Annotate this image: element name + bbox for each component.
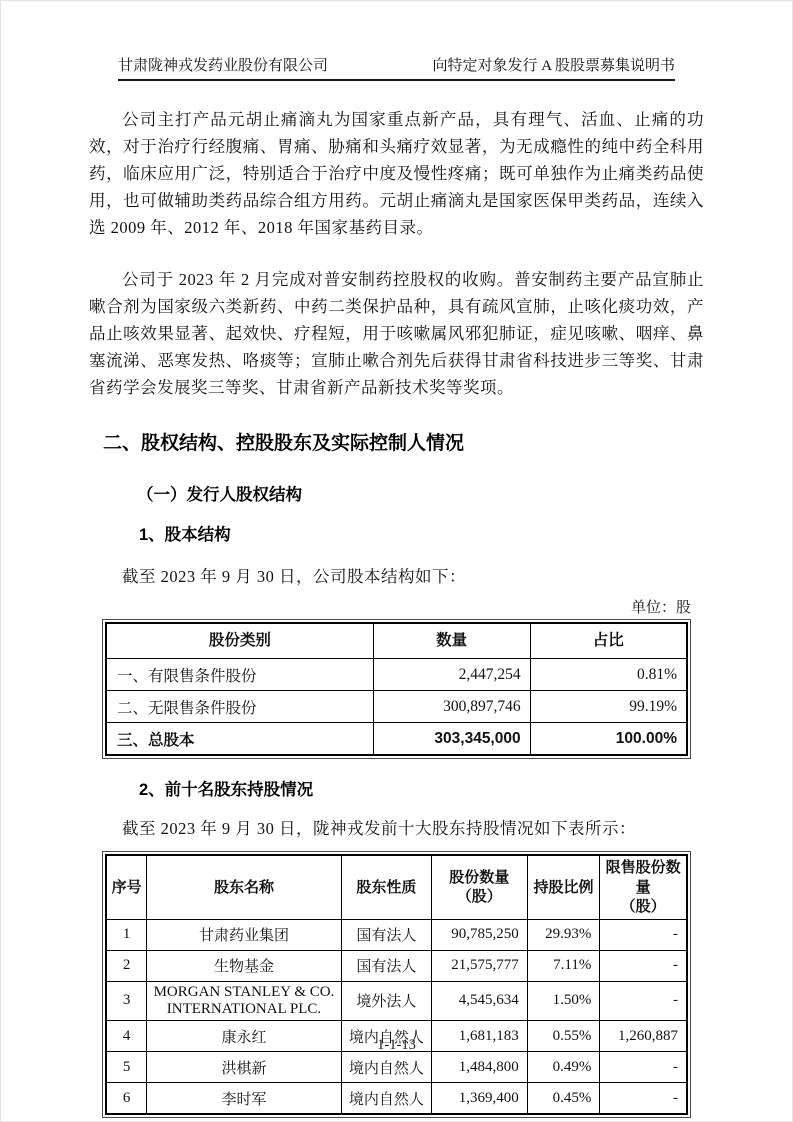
table-row: 6 李时军 境内自然人 1,369,400 0.45% - [106,1083,687,1115]
top-shareholders-table: 序号 股东名称 股东性质 股份数量 （股） 持股比例 限售股份数量 （股） 1 … [102,851,691,1118]
table-cell: 3 [106,981,147,1021]
column-header-shares-held: 股份数量 （股） [431,855,527,919]
table-cell: 1 [106,919,147,950]
table-row: 1 甘肃药业集团 国有法人 90,785,250 29.93% - [106,919,687,950]
column-header-index: 序号 [106,855,147,919]
table-cell: - [600,950,687,981]
subsection-heading-top-shareholders: 2、前十名股东持股情况 [139,780,704,801]
table-cell: 1,484,800 [431,1052,527,1083]
table-cell: 7.11% [527,950,600,981]
table-cell: 5 [106,1052,147,1083]
column-header-shareholder-type: 股东性质 [341,855,431,919]
table-cell: 生物基金 [147,950,342,981]
table-cell: 300,897,746 [373,691,530,723]
table-cell: 洪棋新 [147,1052,342,1083]
table-cell: - [600,1083,687,1115]
table-cell: 100.00% [530,723,687,756]
table-cell: - [600,1052,687,1083]
column-header-quantity: 数量 [373,623,530,659]
intro-top-shareholders: 截至 2023 年 9 月 30 日，陇神戎发前十大股东持股情况如下表所示： [89,815,704,842]
table-cell: MORGAN STANLEY & CO. INTERNATIONAL PLC. [147,981,342,1021]
column-header-ratio: 占比 [530,623,687,659]
table-cell: 2 [106,950,147,981]
header-rule [118,79,675,81]
table-cell: 甘肃药业集团 [147,919,342,950]
table-cell: 国有法人 [341,950,431,981]
column-header-shareholder-name: 股东名称 [147,855,342,919]
paragraph-puan-acquisition: 公司于 2023 年 2 月完成对普安制药控股权的收购。普安制药主要产品宣肺止嗽… [89,266,704,401]
subsection-heading-share-capital: 1、股本结构 [139,525,704,546]
table-cell: 境内自然人 [341,1052,431,1083]
table-cell: - [600,919,687,950]
table-row: 二、无限售条件股份 300,897,746 99.19% [106,691,687,723]
table-cell: 1.50% [527,981,600,1021]
table-cell: 2,447,254 [373,659,530,691]
table-cell: 境内自然人 [341,1083,431,1115]
table-header-row: 序号 股东名称 股东性质 股份数量 （股） 持股比例 限售股份数量 （股） [106,855,687,919]
share-structure-table: 股份类别 数量 占比 一、有限售条件股份 2,447,254 0.81% 二、无… [102,619,691,759]
table-cell: 99.19% [530,691,687,723]
table-cell: 一、有限售条件股份 [106,659,373,691]
table-cell: 1,369,400 [431,1083,527,1115]
table-cell: - [600,981,687,1021]
document-page: 甘肃陇神戎发药业股份有限公司 向特定对象发行 A 股股票募集说明书 公司主打产品… [0,0,793,1122]
header-doc-title: 向特定对象发行 A 股股票募集说明书 [432,56,675,76]
table-cell: 303,345,000 [373,723,530,756]
intro-share-structure: 截至 2023 年 9 月 30 日，公司股本结构如下： [89,563,704,590]
table-cell: 29.93% [527,919,600,950]
table-cell: 国有法人 [341,919,431,950]
table-cell: 李时军 [147,1083,342,1115]
table-cell: 三、总股本 [106,723,373,756]
section-heading-equity-structure: 二、股权结构、控股股东及实际控制人情况 [103,432,704,456]
table-row: 5 洪棋新 境内自然人 1,484,800 0.49% - [106,1052,687,1083]
subsection-heading-issuer-equity: （一）发行人股权结构 [137,485,704,506]
table-cell: 0.49% [527,1052,600,1083]
paragraph-yuanhu-product: 公司主打产品元胡止痛滴丸为国家重点新产品，具有理气、活血、止痛的功效，对于治疗行… [89,106,704,241]
table-row-total: 三、总股本 303,345,000 100.00% [106,723,687,756]
page-header: 甘肃陇神戎发药业股份有限公司 向特定对象发行 A 股股票募集说明书 [118,56,675,76]
table-cell: 4,545,634 [431,981,527,1021]
table-cell: 6 [106,1083,147,1115]
column-header-restricted-shares: 限售股份数量 （股） [600,855,687,919]
column-header-holding-ratio: 持股比例 [527,855,600,919]
table-row: 一、有限售条件股份 2,447,254 0.81% [106,659,687,691]
table-row: 2 生物基金 国有法人 21,575,777 7.11% - [106,950,687,981]
header-company-name: 甘肃陇神戎发药业股份有限公司 [118,56,328,76]
page-number: 1-1-13 [1,1037,792,1054]
table-cell: 二、无限售条件股份 [106,691,373,723]
table-cell: 0.81% [530,659,687,691]
table-row: 3 MORGAN STANLEY & CO. INTERNATIONAL PLC… [106,981,687,1021]
unit-label: 单位：股 [89,599,691,617]
table-cell: 0.45% [527,1083,600,1115]
table-cell: 境外法人 [341,981,431,1021]
column-header-share-class: 股份类别 [106,623,373,659]
table-cell: 21,575,777 [431,950,527,981]
table-cell: 90,785,250 [431,919,527,950]
table-header-row: 股份类别 数量 占比 [106,623,687,659]
